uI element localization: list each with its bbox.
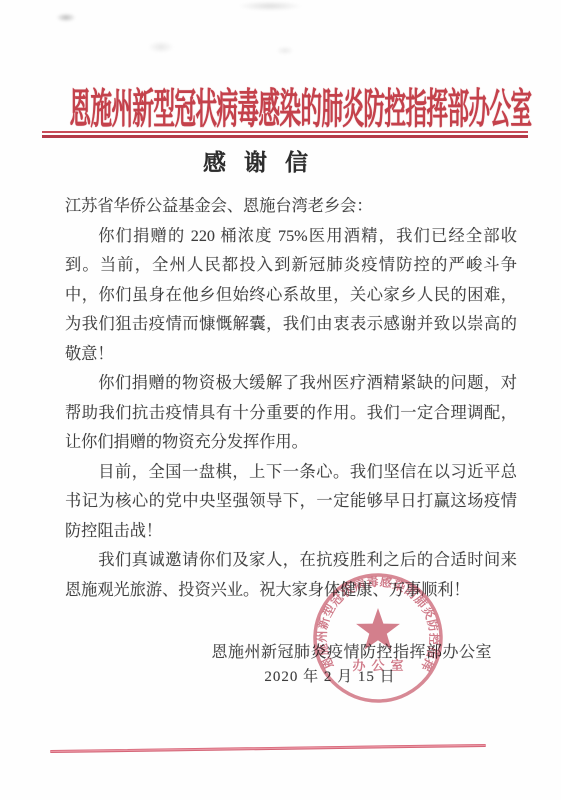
letterhead-title-text: 恩施州新型冠状病毒感染的肺炎防控指挥部办公室	[69, 77, 531, 137]
official-seal: 恩施州新型冠状病毒感染的肺炎防控指挥部 办公室	[308, 568, 448, 708]
paragraph-2: 你们捐赠的物资极大缓解了我州医疗酒精紧缺的问题，对帮助我们抗击疫情具有十分重要的…	[65, 369, 517, 458]
scan-smudge	[148, 41, 174, 53]
seal-star-icon	[356, 608, 400, 650]
salutation: 江苏省华侨公益基金会、恩施台湾老乡会：	[65, 192, 517, 222]
scanned-letter-page: 恩施州新型冠状病毒感染的肺炎防控指挥部办公室 感谢信 江苏省华侨公益基金会、恩施…	[0, 0, 561, 800]
letter-body: 江苏省华侨公益基金会、恩施台湾老乡会： 你们捐赠的 220 桶浓度 75%医用酒…	[65, 192, 517, 605]
paragraph-4: 我们真诚邀请你们及家人，在抗疫胜利之后的合适时间来恩施观光旅游、投资兴业。祝大家…	[65, 546, 517, 605]
scan-smudge	[238, 1, 302, 11]
paragraph-3: 目前，全国一盘棋，上下一条心。我们坚信在以习近平总书记为核心的党中央坚强领导下，…	[65, 458, 517, 547]
paragraph-1: 你们捐赠的 220 桶浓度 75%医用酒精，我们已经全部收到。当前，全州人民都投…	[65, 222, 517, 370]
seal-bottom-text: 办公室	[352, 658, 409, 673]
bottom-rule	[50, 744, 486, 753]
scan-smudge	[276, 46, 294, 55]
scan-smudge	[56, 13, 76, 22]
letterhead-title: 恩施州新型冠状病毒感染的肺炎防控指挥部办公室	[20, 77, 561, 122]
letter-title: 感谢信	[0, 144, 536, 177]
letterhead-rule	[42, 131, 528, 138]
